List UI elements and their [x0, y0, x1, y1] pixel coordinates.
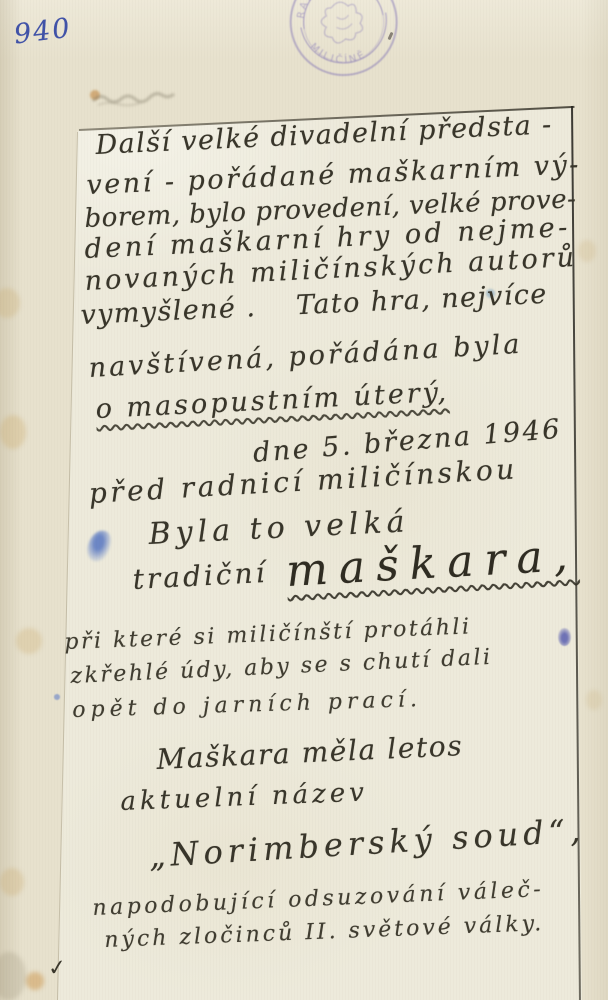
foxing-spot: [586, 690, 602, 710]
foxing-spot: [0, 288, 20, 318]
page-number: 940: [12, 13, 73, 51]
checkmark: ✓: [47, 955, 68, 982]
municipal-stamp: RADA MĚSTA MILIČÍNĚ: [257, 0, 431, 106]
archive-page-scan: 940 RADA MĚSTA MILIČÍNĚ Další velké: [0, 0, 608, 1000]
foxing-spot: [16, 628, 42, 654]
stamp-emblem-icon: [318, 0, 365, 45]
foxing-spot: [0, 415, 26, 449]
pencil-smudge: [90, 88, 180, 112]
foxing-spot: [0, 952, 26, 1000]
svg-text:RADA MĚSTA: RADA MĚSTA: [289, 0, 379, 21]
ink-dot: [54, 694, 60, 700]
foxing-spot: [26, 972, 44, 990]
foxing-spot: [0, 868, 24, 896]
stamp-arc-top-text: RADA MĚSTA: [289, 0, 379, 21]
manuscript-line: tradiční: [132, 559, 268, 594]
foxing-spot: [578, 240, 596, 262]
